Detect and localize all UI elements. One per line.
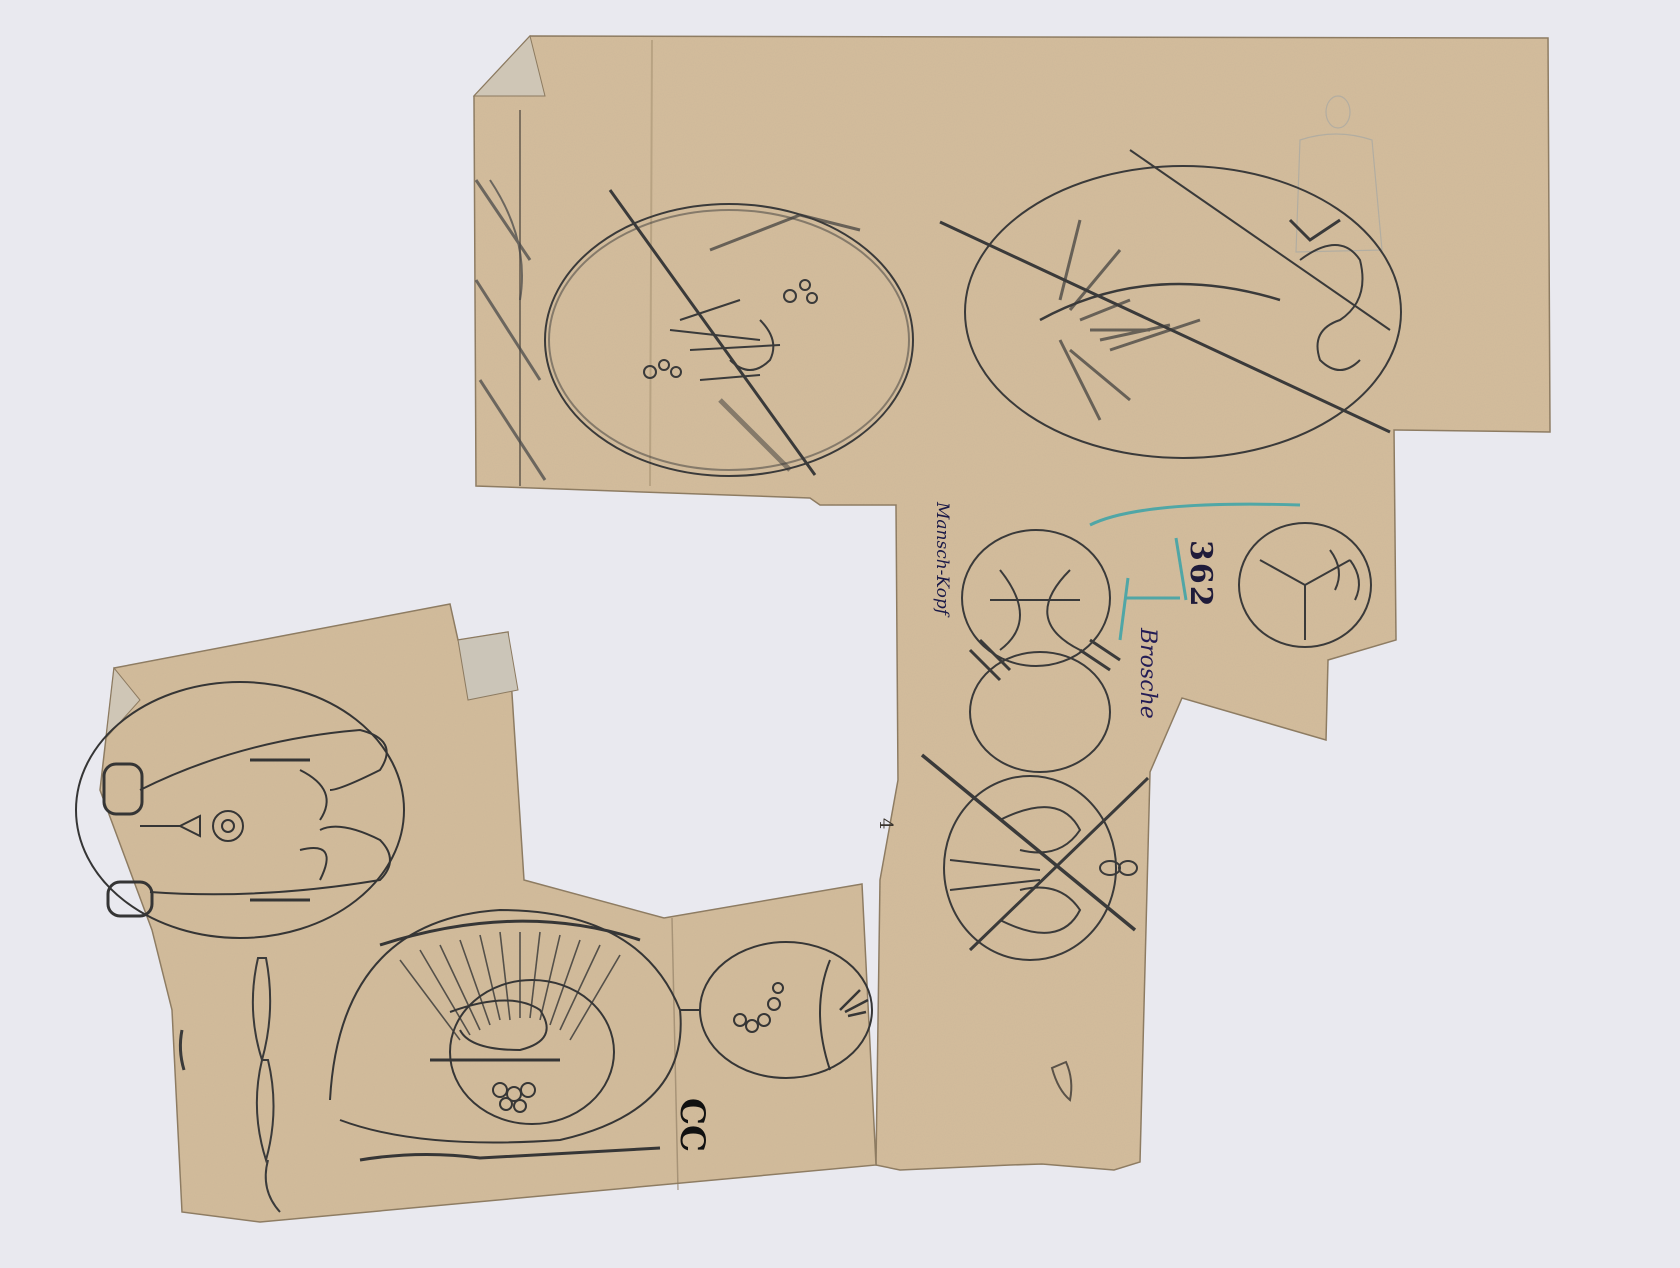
- brooch-label: Brosche: [1135, 628, 1160, 719]
- head-label: Mansch-Kopf: [932, 502, 952, 615]
- scanned-sketch-sheet: [0, 0, 1680, 1268]
- ink-mark: CC: [672, 1098, 712, 1152]
- paper-fragment-left: [100, 604, 876, 1222]
- small-mark: 4: [875, 818, 896, 829]
- catalog-number: 362: [1183, 540, 1218, 609]
